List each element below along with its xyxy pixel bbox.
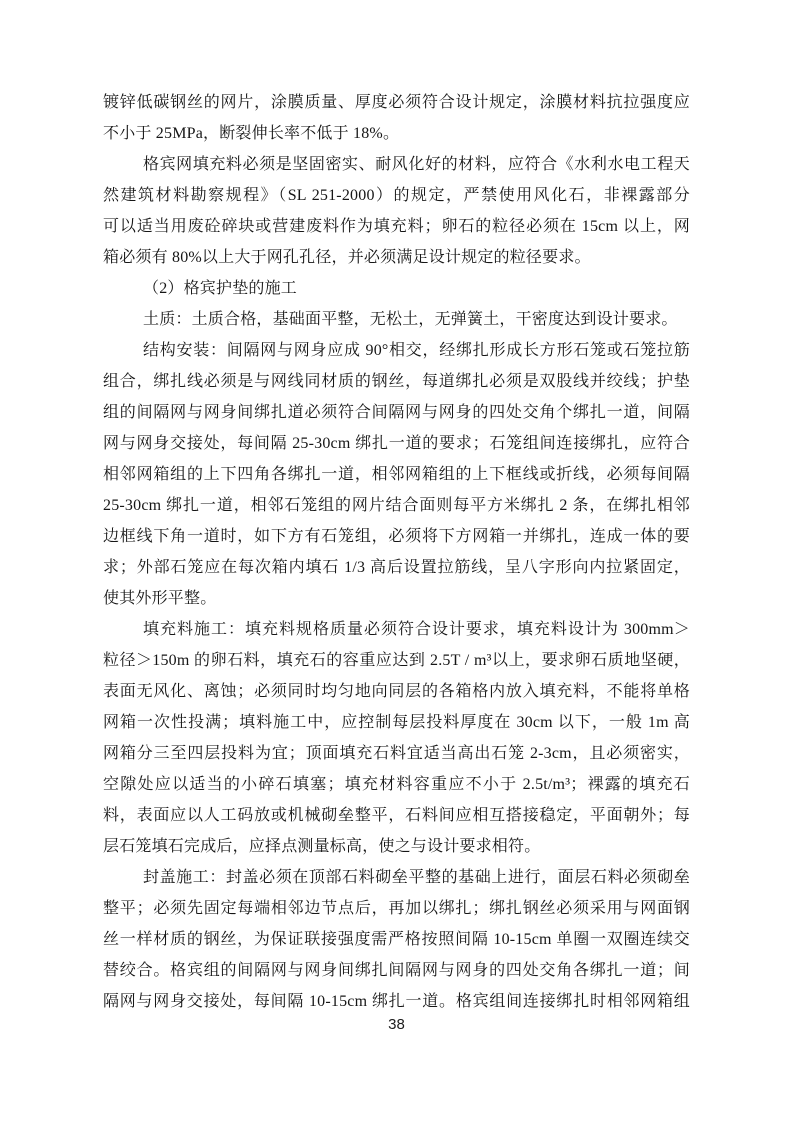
text-line: 网箱一次性投满；填料施工中，应控制每层投料厚度在 30cm 以下，一般 1m 高 (103, 707, 690, 738)
text-line: 层石笼填石完成后，应择点测量标高，使之与设计要求相符。 (103, 831, 690, 862)
text-line: 组的间隔网与网身间绑扎道必须符合间隔网与网身的四处交角个绑扎一道，间隔 (103, 397, 690, 428)
document-page: 镀锌低碳钢丝的网片，涂膜质量、厚度必须符合设计规定，涂膜材料抗拉强度应不小于 2… (0, 0, 793, 1122)
text-line: 料，表面应以人工码放或机械砌垒整平，石料间应相互搭接稳定，平面朝外；每 (103, 800, 690, 831)
text-line: 整平；必须先固定每端相邻边节点后，再加以绑扎；绑扎钢丝必须采用与网面钢 (103, 893, 690, 924)
text-line: 边框线下角一道时，如下方有石笼组，必须将下方网箱一并绑扎，连成一体的要 (103, 521, 690, 552)
text-line: 求；外部石笼应在每次箱内填石 1/3 高后设置拉筋线，呈八字形向内拉紧固定， (103, 552, 690, 583)
text-line: 不小于 25MPa，断裂伸长率不低于 18%。 (103, 118, 690, 149)
text-line: 网箱分三至四层投料为宜；顶面填充石料宜适当高出石笼 2-3cm，且必须密实， (103, 738, 690, 769)
text-line: 替绞合。格宾组的间隔网与网身间绑扎间隔网与网身的四处交角各绑扎一道；间 (103, 955, 690, 986)
text-line: 填充料施工：填充料规格质量必须符合设计要求，填充料设计为 300mm＞ (103, 614, 690, 645)
text-line: 空隙处应以适当的小碎石填塞；填充材料容重应不小于 2.5t/m³；裸露的填充石 (103, 769, 690, 800)
text-line: 可以适当用废砼碎块或营建废料作为填充料；卵石的粒径必须在 15cm 以上，网 (103, 211, 690, 242)
text-line: 结构安装：间隔网与网身应成 90°相交，经绑扎形成长方形石笼或石笼拉筋 (103, 335, 690, 366)
text-line: 丝一样材质的钢丝，为保证联接强度需严格按照间隔 10-15cm 单圈一双圈连续交 (103, 924, 690, 955)
text-line: 箱必须有 80%以上大于网孔孔径，并必须满足设计规定的粒径要求。 (103, 242, 690, 273)
text-line: 格宾网填充料必须是坚固密实、耐风化好的材料，应符合《水利水电工程天 (103, 149, 690, 180)
text-line: （2）格宾护垫的施工 (103, 273, 690, 304)
text-line: 封盖施工：封盖必须在顶部石料砌垒平整的基础上进行，面层石料必须砌垒 (103, 862, 690, 893)
text-line: 隔网与网身交接处，每间隔 10-15cm 绑扎一道。格宾组间连接绑扎时相邻网箱组 (103, 986, 690, 1017)
page-number: 38 (0, 1016, 793, 1033)
text-line: 网与网身交接处，每间隔 25-30cm 绑扎一道的要求；石笼组间连接绑扎，应符合 (103, 428, 690, 459)
text-line: 使其外形平整。 (103, 583, 690, 614)
text-line: 组合，绑扎线必须是与网线同材质的钢丝，每道绑扎必须是双股线并绞线；护垫 (103, 366, 690, 397)
document-body: 镀锌低碳钢丝的网片，涂膜质量、厚度必须符合设计规定，涂膜材料抗拉强度应不小于 2… (103, 87, 690, 1017)
text-line: 25-30cm 绑扎一道，相邻石笼组的网片结合面则每平方米绑扎 2 条，在绑扎相… (103, 490, 690, 521)
text-line: 表面无风化、离蚀；必须同时均匀地向同层的各箱格内放入填充料，不能将单格 (103, 676, 690, 707)
text-line: 粒径＞150m 的卵石料，填充石的容重应达到 2.5T / m³以上，要求卵石质… (103, 645, 690, 676)
text-line: 镀锌低碳钢丝的网片，涂膜质量、厚度必须符合设计规定，涂膜材料抗拉强度应 (103, 87, 690, 118)
text-line: 土质：土质合格，基础面平整，无松土，无弹簧土，干密度达到设计要求。 (103, 304, 690, 335)
text-line: 相邻网箱组的上下四角各绑扎一道，相邻网箱组的上下框线或折线，必须每间隔 (103, 459, 690, 490)
text-line: 然建筑材料勘察规程》（SL 251-2000）的规定，严禁使用风化石，非裸露部分 (103, 180, 690, 211)
